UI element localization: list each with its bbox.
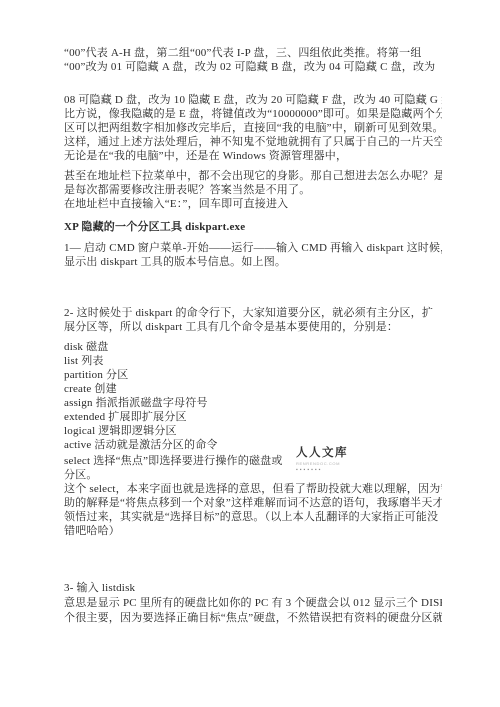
- watermark-tagline-glyphs: ▪▪▪▪▪▪▪: [296, 467, 366, 473]
- document-page: “00”代表 A-H 盘，第二组“00”代表 I-P 盘，三、四组依此类推。将第…: [0, 0, 500, 707]
- text-line: 这个 select，本来字面也就是选择的意思，但看了帮助投就大难以理解，因为帮: [64, 482, 442, 496]
- paragraph-registry-hide-drives-2: 08 可隐藏 D 盘，改为 10 隐藏 E 盘，改为 20 可隐藏 F 盘，改为…: [64, 93, 442, 163]
- text-line: list 列表: [64, 354, 442, 368]
- section-heading-diskpart: XP 隐藏的一个分区工具 diskpart.exe: [64, 220, 442, 234]
- paragraph-step-1-launch-cmd: 1— 启动 CMD 窗户菜单-开始——运行——输入 CMD 再输入 diskpa…: [64, 241, 442, 269]
- text-line: 区可以把两组数字相加修改完毕后，直接回“我的电脑”中，刷新可见到效果。: [64, 121, 442, 135]
- text-line: 无论是在“我的电脑”中，还是在 Windows 资源管理器中，: [64, 149, 442, 163]
- watermark-title: 人人文库: [296, 447, 366, 460]
- text-line: 1— 启动 CMD 窗户菜单-开始——运行——输入 CMD 再输入 diskpa…: [64, 241, 442, 255]
- text-line: create 创建: [64, 382, 442, 396]
- text-line: 08 可隐藏 D 盘，改为 10 隐藏 E 盘，改为 20 可隐藏 F 盘，改为…: [64, 93, 442, 107]
- paragraph-address-bar-access: 甚至在地址栏下拉菜单中，都不会出现它的身影。那自己想进去怎么办呢？是不是每次都需…: [64, 169, 442, 211]
- text-line: 意思是显示 PC 里所有的硬盘比如你的 PC 有 3 个硬盘会以 012 显示三…: [64, 596, 442, 611]
- text-line: 3- 输入 listdisk: [64, 581, 442, 596]
- text-line: 2- 这时候处于 diskpart 的命令行下，大家知道要分区，就必须有主分区，…: [64, 306, 442, 320]
- text-line: extended 扩展即扩展分区: [64, 410, 442, 424]
- text-line: 个很主要，因为要选择正确目标“焦点”硬盘，不然错误把有资料的硬盘分区就: [64, 611, 442, 626]
- text-line: active 活动就是激活分区的命令: [64, 438, 442, 452]
- renrendoc-watermark-logo: 人人文库 RENRENDOC.COM ▪▪▪▪▪▪▪: [296, 447, 366, 473]
- text-line: 领悟过来，其实就是“选择目标”的意思。（以上本人乱翻译的大家指正可能没: [64, 510, 442, 524]
- diskpart-command-list: disk 磁盘list 列表partition 分区create 创建assig…: [64, 340, 442, 452]
- text-line: 甚至在地址栏下拉菜单中，都不会出现它的身影。那自己想进去怎么办呢？是不: [64, 169, 442, 183]
- paragraph-step-3-listdisk: 3- 输入 listdisk意思是显示 PC 里所有的硬盘比如你的 PC 有 3…: [64, 581, 442, 626]
- text-line: 错吧哈哈）: [64, 524, 442, 538]
- text-line: 助的解释是“将焦点移到一个对象”这样难解而词不达意的语句，我琢磨半天才: [64, 496, 442, 510]
- text-line: “00”改为 01 可隐藏 A 盘，改为 02 可隐藏 B 盘，改为 04 可隐…: [64, 60, 442, 74]
- text-line: assign 指派指派磁盘字母符号: [64, 396, 442, 410]
- paragraph-step-2-intro: 2- 这时候处于 diskpart 的命令行下，大家知道要分区，就必须有主分区，…: [64, 306, 442, 334]
- text-line: disk 磁盘: [64, 340, 442, 354]
- text-line: 分区。: [64, 468, 442, 482]
- text-line: “00”代表 A-H 盘，第二组“00”代表 I-P 盘，三、四组依此类推。将第…: [64, 46, 442, 60]
- text-line: partition 分区: [64, 368, 442, 382]
- text-line: 显示出 diskpart 工具的版本号信息。如上图。: [64, 255, 442, 269]
- paragraph-select-explanation: select 选择“焦点”即选择要进行操作的磁盘或分区。这个 select，本来…: [64, 454, 442, 538]
- text-line: 展分区等，所以 diskpart 工具有几个命令是基本要使用的，分别是：: [64, 320, 442, 334]
- text-line: 这样，通过上述方法处理后，神不知鬼不觉地就拥有了只属于自己的一片天空。: [64, 135, 442, 149]
- text-line: 是每次都需要修改注册表呢？答案当然是不用了。: [64, 183, 442, 197]
- watermark-domain-text: RENRENDOC.COM: [296, 461, 366, 466]
- text-line: 比方说，像我隐藏的是 E 盘，将键值改为“10000000”即可。如果是隐藏两个…: [64, 107, 442, 121]
- text-line: 在地址栏中直接输入“E：”，回车即可直接进入: [64, 197, 442, 211]
- text-line: select 选择“焦点”即选择要进行操作的磁盘或: [64, 454, 442, 468]
- text-line: logical 逻辑即逻辑分区: [64, 424, 442, 438]
- paragraph-registry-hide-drives-1: “00”代表 A-H 盘，第二组“00”代表 I-P 盘，三、四组依此类推。将第…: [64, 46, 442, 74]
